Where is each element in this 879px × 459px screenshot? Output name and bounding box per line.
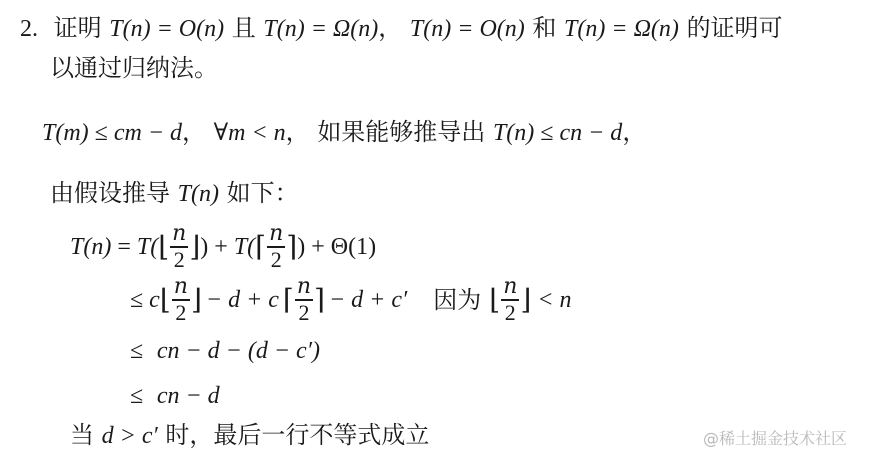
conjunction-2: 和 (532, 14, 556, 42)
intro-line-1: 2. 证明 T(n) = O(n) 且 T(n) = Ω(n)， T(n) = … (20, 13, 783, 44)
term: T( (137, 232, 158, 262)
derivation-row-3: ≤ cn − d − (d − c′) (130, 335, 320, 366)
punct: ， (286, 118, 310, 146)
hypothesis-text: 如果能够推导出 (317, 118, 485, 146)
because-text: 因为 (433, 285, 481, 315)
punct: ， (378, 14, 402, 42)
derivation-row-2: ≤ c⌊ n2 ⌋ − d + c⌈ n2 ⌉ − d + c′ 因为 ⌊ n2… (130, 275, 572, 325)
fraction: n2 (170, 223, 188, 270)
equation-omega: T(n) = Ω(n) (263, 16, 378, 42)
derivation-row-1: T(n) = T(⌊ n2 ⌋) + T(⌈ n2 ⌉) + Θ(1) (70, 222, 376, 272)
relation: = (117, 232, 131, 262)
hypothesis-line: T(m) ≤ cm − d， ∀m < n， 如果能够推导出 T(n) ≤ cn… (42, 117, 646, 148)
fraction: n2 (267, 223, 285, 270)
derive-text: 由假设推导 (50, 179, 170, 207)
item-number: 2. (20, 16, 38, 42)
equation-omega-2: T(n) = Ω(n) (564, 16, 679, 42)
hypothesis-inequality: T(m) ≤ cm − d (42, 120, 182, 146)
floor-left: ⌊ (158, 232, 169, 262)
equation-big-o: T(n) = O(n) (109, 16, 224, 42)
ceil-left: ⌈ (255, 232, 266, 262)
watermark: @稀土掘金技术社区 (703, 426, 847, 449)
intro-text: 证明 (54, 14, 102, 42)
ceil-right: ⌉ (286, 232, 297, 262)
lhs: T(n) (70, 232, 111, 262)
punct: ， (622, 118, 646, 146)
derive-intro-line: 由假设推导 T(n) 如下： (50, 178, 299, 209)
derivation-row-4: ≤ cn − d (130, 380, 220, 411)
floor-right: ⌋ (189, 232, 200, 262)
forall-condition: ∀m < n (214, 120, 286, 146)
intro-line-2: 以通过归纳法。 (50, 53, 218, 83)
target-inequality: T(n) ≤ cn − d (493, 120, 622, 146)
intro-text-2: 的证明可 (687, 14, 783, 42)
derive-text-2: 如下： (227, 179, 299, 207)
conclusion-line: 当 d > c′ 时，最后一行不等式成立 (70, 420, 429, 451)
conjunction: 且 (232, 14, 256, 42)
equation-big-o-2: T(n) = O(n) (410, 16, 525, 42)
punct: ， (182, 118, 206, 146)
derive-eq: T(n) (178, 181, 219, 207)
